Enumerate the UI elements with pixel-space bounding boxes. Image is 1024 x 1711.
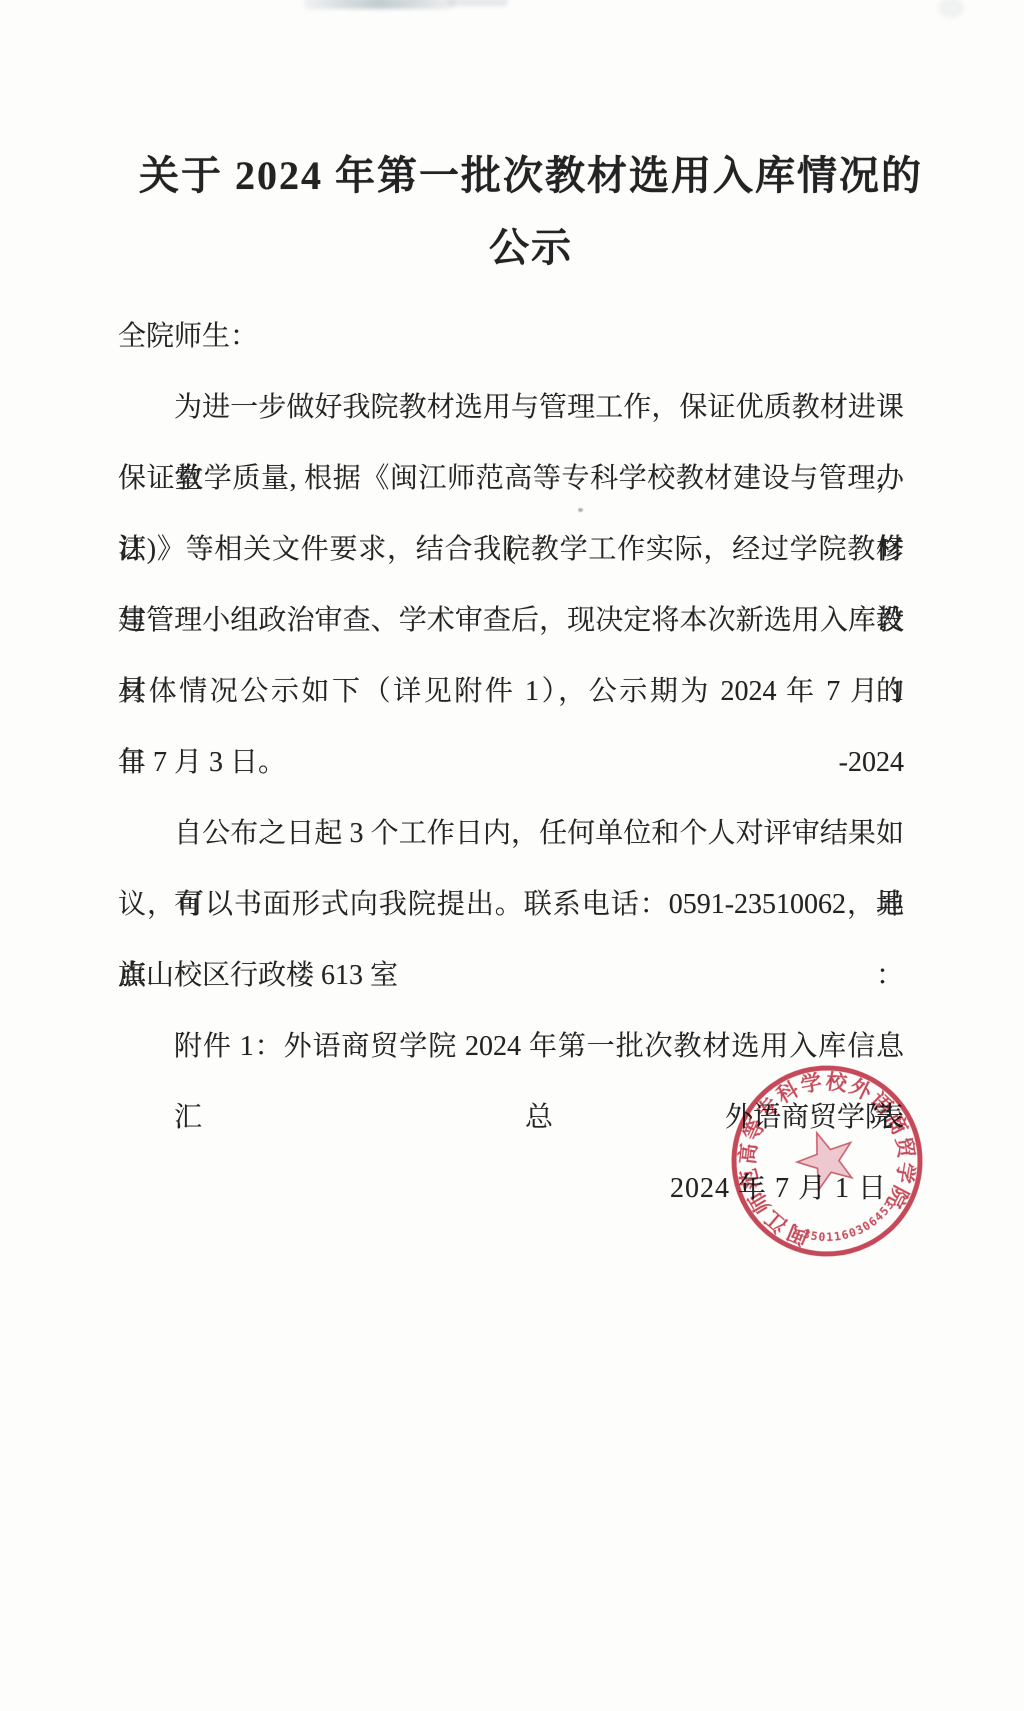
body-line: 议，可以书面形式向我院提出。联系电话：0591-23510062，地点：: [118, 869, 904, 940]
body-line: 具体情况公示如下（详见附件 1），公示期为 2024 年 7 月 1 日-202…: [118, 656, 904, 727]
scanned-notice-page: 关于 2024 年第一批次教材选用入库情况的 公示 全院师生： 为进一步做好我院…: [0, 0, 1024, 1711]
notice-title: 关于 2024 年第一批次教材选用入库情况的 公示: [0, 140, 1024, 284]
body-line: 为进一步做好我院教材选用与管理工作，保证优质教材进课堂，: [118, 372, 904, 443]
notice-title-line2: 公示: [38, 212, 1024, 284]
stamp-star-icon: [790, 1123, 862, 1194]
scan-smudge: [448, 0, 508, 6]
body-line: 保证教学质量, 根据《闽江师范高等专科学校教材建设与管理办法(修: [118, 443, 904, 514]
scan-smudge: [938, 0, 964, 18]
scan-smudge: [303, 0, 455, 9]
stamp-serial: 3501160306453: [798, 1194, 904, 1256]
svg-text:3501160306453: 3501160306453: [798, 1194, 904, 1256]
salutation: 全院师生：: [118, 301, 904, 372]
body-line: 订)》等相关文件要求，结合我院教学工作实际，经过学院教材建设: [118, 514, 904, 585]
notice-title-line1: 关于 2024 年第一批次教材选用入库情况的: [38, 140, 1024, 212]
body-line: 与管理小组政治审查、学术审查后，现决定将本次新选用入库教材的: [118, 585, 904, 656]
body-line: 自公布之日起 3 个工作日内，任何单位和个人对评审结果如有异: [118, 798, 904, 869]
